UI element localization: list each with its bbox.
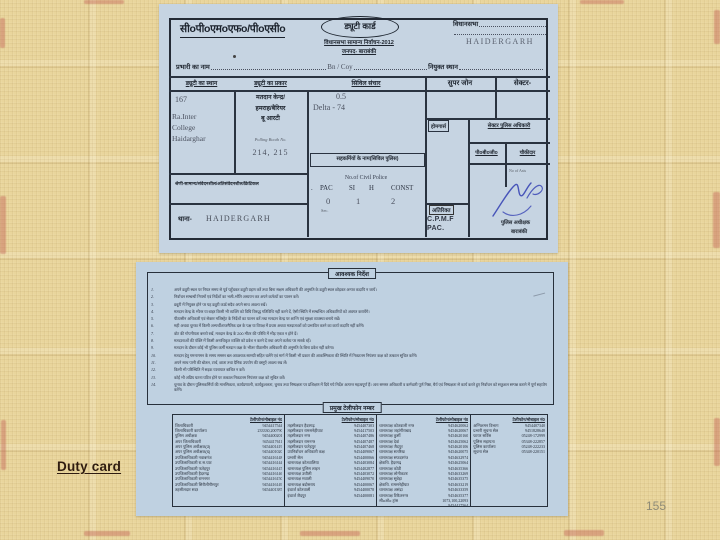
- duty-place-number: 167: [175, 95, 187, 104]
- texture-fleck: [84, 0, 124, 4]
- dotted-line: [454, 28, 546, 35]
- dotted-line: [479, 25, 546, 27]
- homeguards-stamp: होमगार्स: [428, 120, 449, 132]
- instruction-item: 14.चुनाव के दौरान पुलिसकर्मियों की मानसि…: [151, 382, 551, 395]
- election-name: विधानसभा सामान्य निर्वाचन-2012: [297, 38, 421, 46]
- instruction-item: 11.अपने साथ पानी की बोतल, टार्च, छाता तथ…: [151, 360, 551, 367]
- phone-row: सूचना सेल05348-220151: [473, 449, 545, 454]
- texture-fleck: [300, 531, 360, 536]
- texture-fleck: [714, 418, 720, 466]
- col-si: SI: [349, 185, 355, 192]
- phone-table: टेलीफोन/मोबाइल नं0जिलाधिकारी9454417544जि…: [172, 414, 548, 507]
- polling-booth-number: 214, 215: [234, 148, 307, 157]
- incharge-row: प्रभारी का नाम Bn / Coy नियुक्त स्थान: [176, 62, 544, 71]
- value-pac: 0: [326, 196, 330, 206]
- instruction-item: 3.ड्यूटी में नियुक्त होने पर यह ड्यूटी क…: [151, 302, 551, 309]
- grid-line: [169, 203, 307, 205]
- value-const: 2: [391, 196, 395, 206]
- district-name: जनपद- बाराबंकी: [297, 47, 421, 55]
- additional-label: अतिरिक्त: [429, 205, 454, 215]
- grid-line: [468, 163, 550, 165]
- col-h: H: [369, 185, 374, 192]
- texture-fleck: [713, 192, 720, 248]
- slide-caption: Duty card: [57, 459, 121, 474]
- grid-line: [468, 118, 470, 237]
- grid-line: [169, 90, 550, 92]
- instruction-item: 12.किसी भी परिस्थिति में सड़क यातायात बा…: [151, 367, 551, 374]
- civil-comm-header: सिविल संचार: [307, 78, 425, 87]
- instruction-item: 2.निर्वाचन सम्बन्धी नियमों एवं निर्देशों…: [151, 294, 551, 301]
- phone-row: 9454417564: [379, 503, 468, 506]
- polling-booth-label: Polling Booth No.: [234, 137, 307, 142]
- thana-value: HAIDERGARH: [206, 214, 271, 223]
- texture-fleck: [1, 420, 6, 470]
- phone-column: टेलीफोन/मोबाइल नं0थानाध्यक्ष कोतवाली नगर…: [376, 415, 470, 506]
- duty-place-header: ड्यूटी का स्थान: [169, 79, 234, 87]
- instruction-item: 4.मतदान केन्द्र के भीतर या बाहर किसी भी …: [151, 309, 551, 316]
- texture-fleck: [714, 10, 720, 44]
- grid-line: [425, 76, 427, 237]
- duty-card-scan: सीoपीoएमoएफo/पीoएसीo ड्यूटी कार्ड विधानस…: [159, 4, 558, 253]
- civil-comm-value-2: Delta - 74: [313, 103, 345, 112]
- incharge-label: प्रभारी का नाम: [176, 62, 210, 71]
- cpmf-line-1: C.P.M.F: [427, 216, 454, 223]
- signature: [487, 176, 547, 222]
- instructions-title: आवश्यक निर्देश: [328, 268, 376, 279]
- page-number: 155: [646, 499, 666, 513]
- instruction-item: 1.अपने ड्यूटी स्थल पर नियत समय से पूर्व …: [151, 287, 551, 294]
- instruction-item: 10.मतदान हेतु गमनागमन के समय समस्त बल आव…: [151, 353, 551, 360]
- grid-line: [307, 90, 309, 237]
- texture-fleck: [0, 196, 6, 254]
- election-subtitle: विधानसभा सामान्य निर्वाचन-2012 जनपद- बार…: [297, 38, 421, 55]
- civil-police-label: No.of Civil Police: [307, 175, 425, 181]
- phone-row: तहसीलदार सदर9454401387: [175, 487, 282, 492]
- instruction-item: 5.पीठासीन अधिकारी एवं सेक्टर मजिस्ट्रेट …: [151, 316, 551, 323]
- instruction-item: 13.कोई भी अप्रिय घटना घटित होने पर तत्का…: [151, 375, 551, 382]
- assembly-block: विधानसभा HAIDERGARH: [453, 19, 547, 46]
- pac-row-dot: .: [311, 185, 313, 192]
- posting-label: नियुक्त स्थान: [428, 62, 458, 71]
- phone-row: इंचार्ज जैदपुर9454400081: [287, 493, 374, 498]
- colleagues-stamp: सहकर्मियों के नाम(सिविल पुलिस): [310, 153, 425, 167]
- super-zone-header: सुपर जोन: [425, 79, 495, 88]
- dotted-line: [211, 68, 327, 70]
- value-si: 1: [356, 196, 360, 206]
- duty-place-name: Ra.Inter College Haidarghar: [172, 111, 206, 144]
- slide-background: सीoपीoएमoएफo/पीoएसीo ड्यूटी कार्ड विधानस…: [0, 0, 720, 540]
- col-const: CONST: [391, 185, 413, 192]
- cpmf-line-2: PAC.: [427, 225, 444, 232]
- duty-type-value: मतदान केन्द्र/ हमराह/बैरियर बू आरटी: [234, 93, 307, 125]
- phone-column: टेलीफोन/मोबाइल नं0जिलाधिकारी9454417544जि…: [173, 415, 284, 506]
- phone-column: टेलीफोन/मोबाइल नं0अग्निशमन विभाग94544073…: [470, 415, 547, 506]
- phone-directory-title: प्रमुख टेलीफोन नम्बर: [323, 402, 382, 413]
- phone-column: टेलीफोन/मोबाइल नं0तहसीलदार हैदरगढ़945440…: [284, 415, 376, 506]
- sp-label: पुलिस अधीक्षक: [501, 218, 530, 226]
- ink-dot: [233, 55, 236, 58]
- sp-district: बाराबंकी: [511, 227, 527, 235]
- assembly-row: विधानसभा: [453, 19, 547, 28]
- pbg-header: पीoबीoजीo: [468, 150, 505, 156]
- dotted-line: [354, 68, 428, 70]
- grid-line: [468, 142, 550, 144]
- texture-fleck: [564, 530, 604, 536]
- assembly-label: विधानसभा: [453, 19, 478, 28]
- instructions-scan: आवश्यक निर्देश 1.अपने ड्यूटी स्थल पर निय…: [136, 262, 568, 516]
- texture-fleck: [0, 18, 5, 48]
- category-line: श्रेणी-सामान्य/संवेदनशील/अतिसंवेदनशील/क्…: [175, 181, 305, 187]
- bn-coy-label: Bn / Coy: [327, 63, 352, 71]
- duty-card-title: ड्यूटी कार्ड: [321, 16, 399, 38]
- grid-line: [169, 173, 307, 175]
- instructions-list: 1.अपने ड्यूटी स्थल पर नियत समय से पूर्व …: [151, 287, 551, 395]
- duty-type-header: ड्यूटी का प्रकार: [234, 79, 307, 87]
- instruction-item: 6.मही अथवा चुनाव में किसी अभ्यर्थी/राजनै…: [151, 323, 551, 330]
- chowkidar-header: चौकीदार: [505, 150, 550, 156]
- thana-label: थाना-: [178, 214, 192, 223]
- no-of-asts-label: No of Asts: [509, 168, 526, 173]
- civil-comm-value-1: 0.5: [336, 92, 346, 101]
- sec-label: Sec.: [321, 208, 328, 213]
- assembly-value: HAIDERGARH: [453, 37, 547, 46]
- instruction-item: 7.वोट की गोपनीयता बनाये रखें, मतदान केन्…: [151, 331, 551, 338]
- dotted-line: [459, 68, 543, 70]
- sector-officer-header: सेक्टर पुलिस अधिकारी: [468, 121, 550, 129]
- texture-fleck: [84, 531, 130, 536]
- col-pac: PAC: [320, 185, 333, 192]
- org-name: सीoपीoएमoएफo/पीoएसीo: [180, 22, 285, 38]
- sector-header: सेक्टर-: [495, 79, 550, 88]
- instruction-item: 9.मतदान के दौरान कोई भी पुलिस कर्मी मतदा…: [151, 345, 551, 352]
- instruction-item: 8.मतदाताओं की पंक्ति में किसी अनाधिकृत व…: [151, 338, 551, 345]
- texture-fleck: [580, 0, 624, 4]
